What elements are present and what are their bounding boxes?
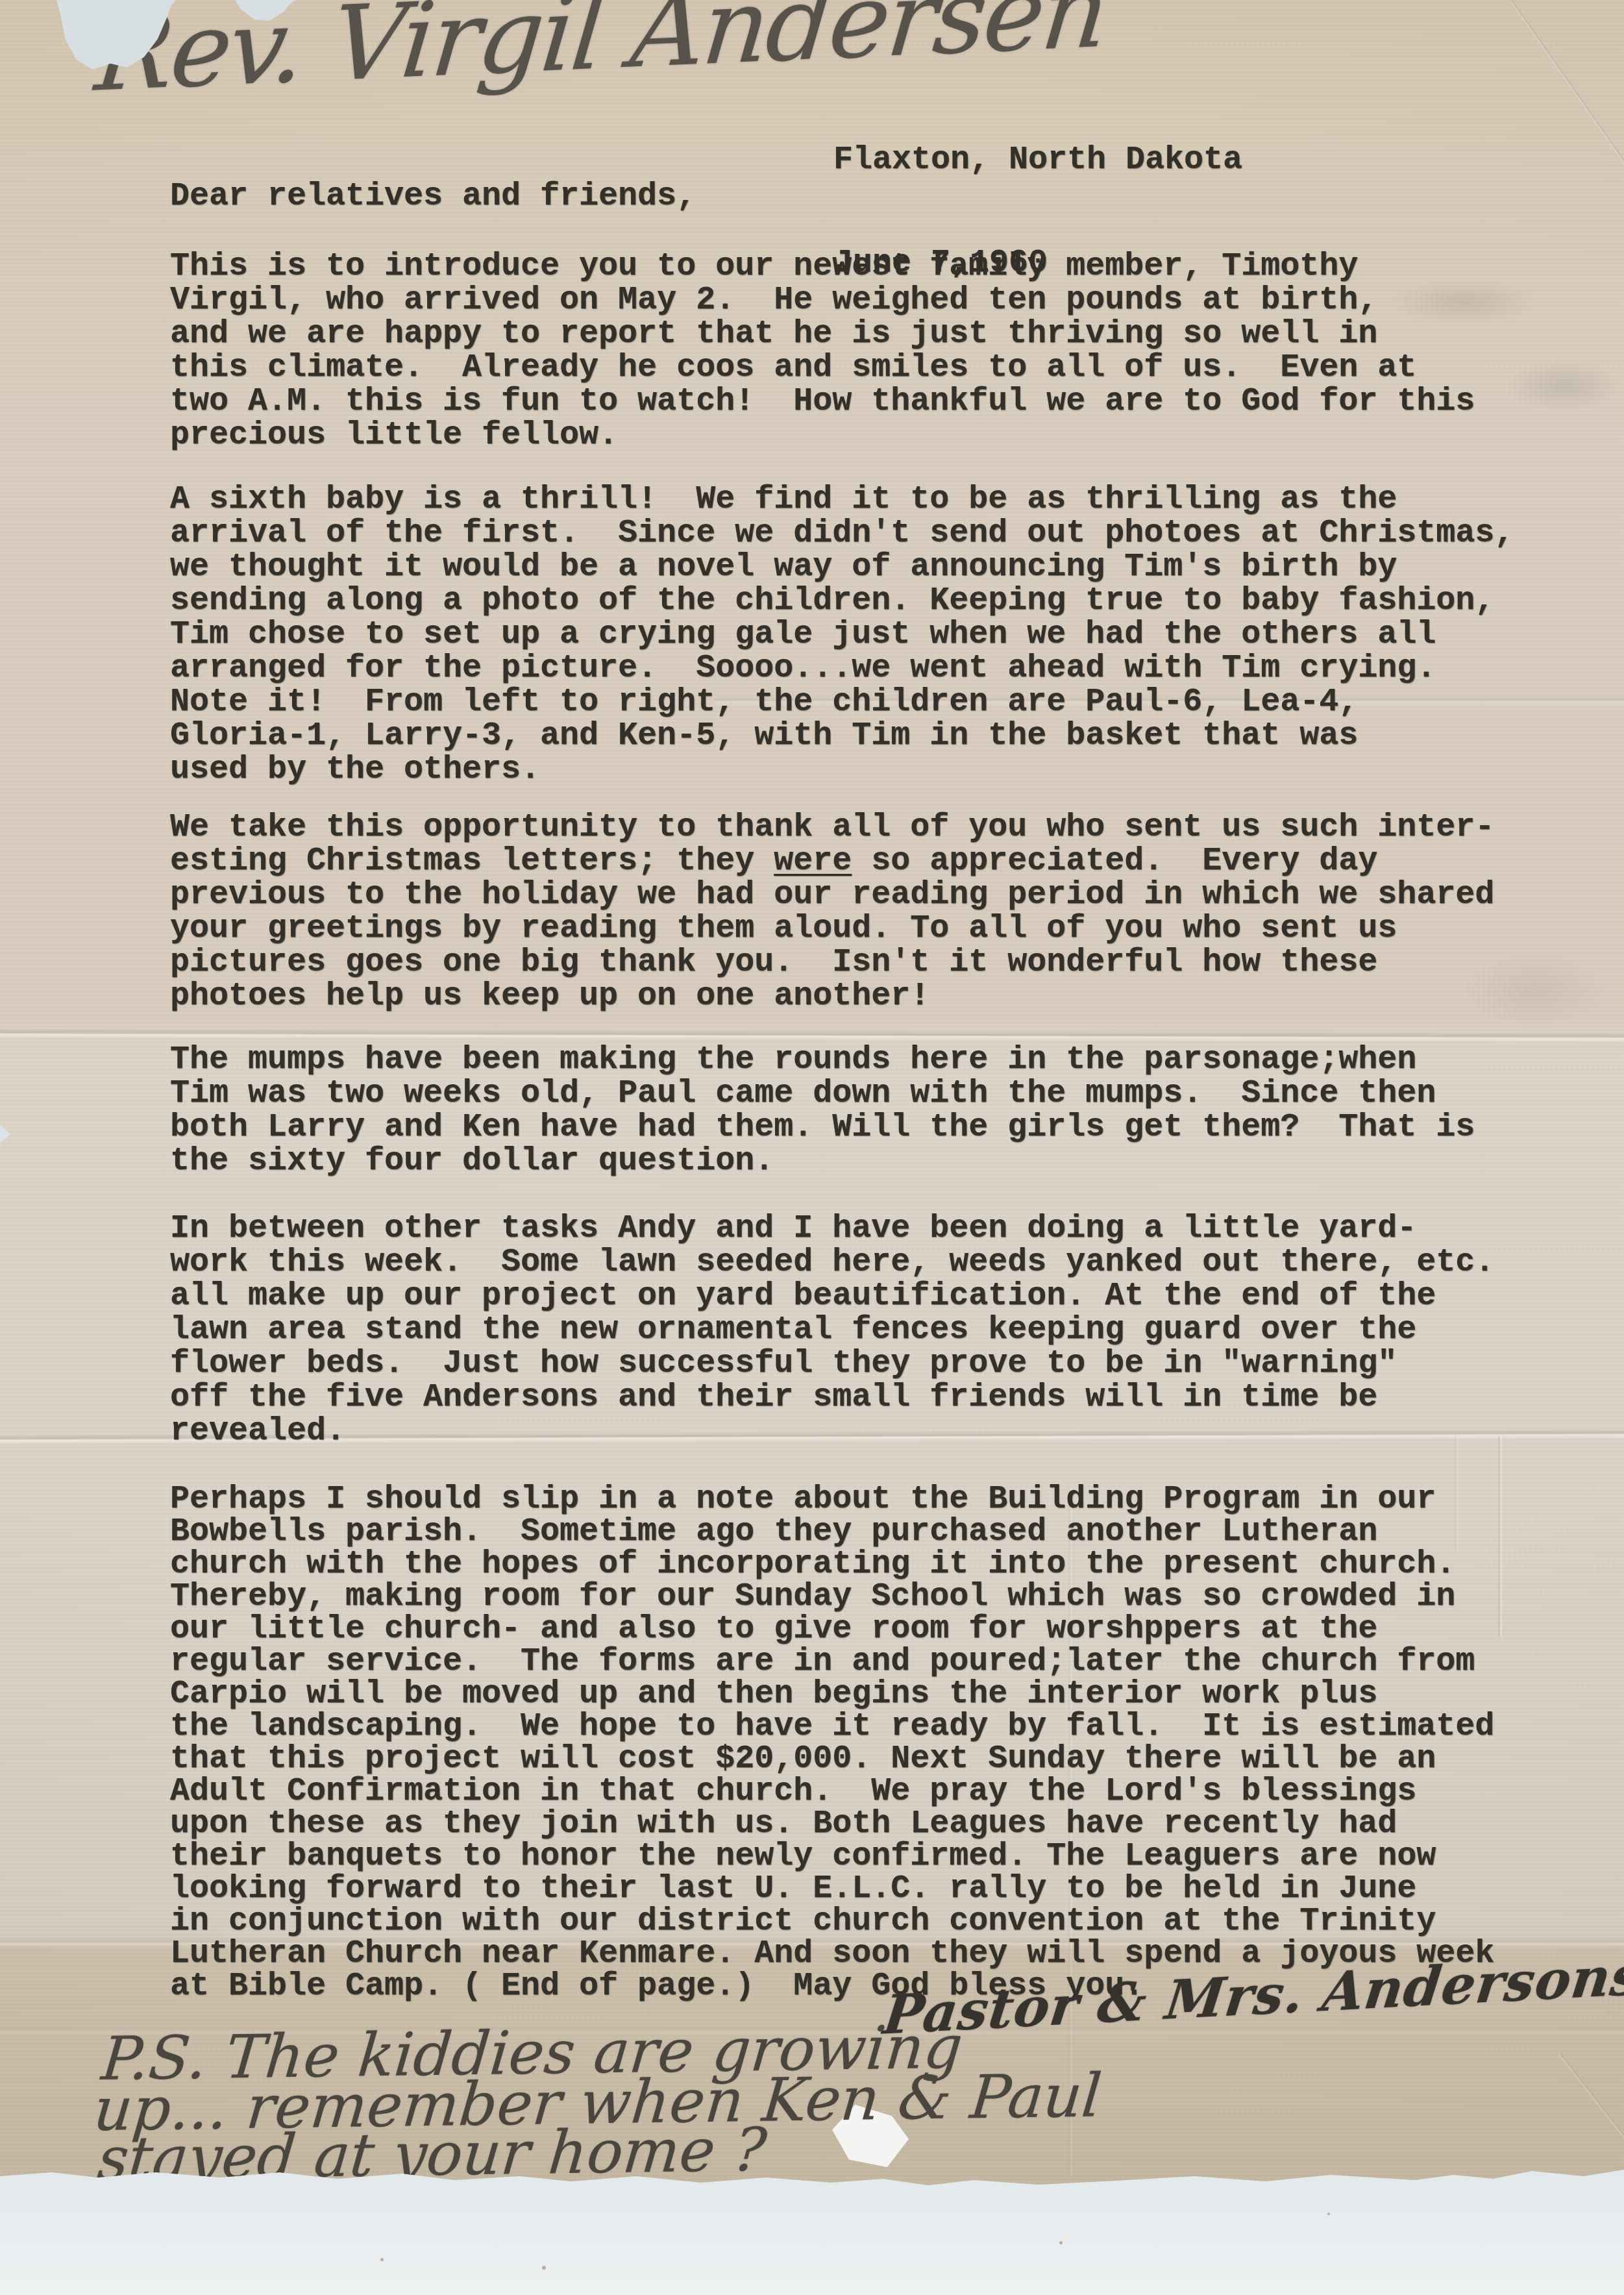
letter-line: regular service. The forms are in and po… (170, 1646, 1494, 1678)
letter-line: revealed. (170, 1415, 1494, 1448)
letter-paragraph: A sixth baby is a thrill! We find it to … (170, 483, 1514, 787)
letter-line: Thereby, making room for our Sunday Scho… (170, 1581, 1494, 1613)
letter-line: Tim was two weeks old, Paul came down wi… (170, 1077, 1475, 1111)
letter-line: all make up our project on yard beautifi… (170, 1280, 1494, 1313)
letter-paragraph: We take this opportunity to thank all of… (170, 811, 1494, 1013)
letter-line: lawn area stand the new ornamental fence… (170, 1313, 1494, 1347)
letter-line: their banquets to honor the newly confir… (170, 1841, 1494, 1873)
letter-line: work this week. Some lawn seeded here, w… (170, 1246, 1494, 1280)
letter-line: arranged for the picture. Soooo...we wen… (170, 652, 1514, 686)
dust-speck (1327, 2213, 1330, 2215)
letter-line: flower beds. Just how successful they pr… (170, 1347, 1494, 1381)
letter-line: pictures goes one big thank you. Isn't i… (170, 946, 1494, 980)
pencil-smudge (1506, 360, 1623, 412)
letter-paper: Rev. Virgil Andersen Flaxton, North Dako… (0, 0, 1624, 2187)
letter-line: looking forward to their last U. E.L.C. … (170, 1873, 1494, 1905)
letter-line: Adult Confirmation in that church. We pr… (170, 1776, 1494, 1808)
letter-place: Flaxton, North Dakota (833, 143, 1242, 177)
letter-line: we thought it would be a novel way of an… (170, 551, 1514, 584)
letter-line: Tim chose to set up a crying gale just w… (170, 618, 1514, 652)
paper-edge-nick (0, 1125, 10, 1143)
letter-line: In between other tasks Andy and I have b… (170, 1212, 1494, 1246)
postscript-line: stayed at your home ? (95, 2115, 769, 2194)
salutation: Dear relatives and friends, (170, 180, 696, 214)
letter-paragraph: The mumps have been making the rounds he… (170, 1043, 1475, 1178)
letter-line: this climate. Already he coos and smiles… (170, 351, 1475, 385)
letter-line: photoes help us keep up on one another! (170, 980, 1494, 1013)
letter-line: arrival of the first. Since we didn't se… (170, 517, 1514, 551)
letter-line: esting Christmas letters; they were so a… (170, 845, 1494, 878)
letter-line: both Larry and Ken have had them. Will t… (170, 1111, 1475, 1145)
dust-speck (380, 2258, 384, 2261)
dust-speck (1059, 2241, 1063, 2244)
letter-line: and we are happy to report that he is ju… (170, 317, 1475, 351)
letter-line: in conjunction with our district church … (170, 1905, 1494, 1938)
dust-speck (542, 2266, 546, 2270)
letter-line: used by the others. (170, 753, 1514, 787)
letter-line: Virgil, who arrived on May 2. He weighed… (170, 284, 1475, 317)
letter-paragraph: In between other tasks Andy and I have b… (170, 1212, 1494, 1448)
fold-crease (0, 1028, 1624, 1043)
fold-crease (1497, 1435, 1503, 1637)
letter-line: We take this opportunity to thank all of… (170, 811, 1494, 845)
letter-paragraph: This is to introduce you to our newest f… (170, 250, 1475, 453)
letter-line: previous to the holiday we had our readi… (170, 878, 1494, 912)
letter-line: Gloria-1, Larry-3, and Ken-5, with Tim i… (170, 719, 1514, 753)
letter-line: The mumps have been making the rounds he… (170, 1043, 1475, 1077)
letter-line: Perhaps I should slip in a note about th… (170, 1483, 1494, 1516)
letter-line: the sixty four dollar question. (170, 1145, 1475, 1178)
letter-paragraph: Perhaps I should slip in a note about th… (170, 1483, 1494, 2003)
letter-line: the landscaping. We hope to have it read… (170, 1711, 1494, 1743)
letter-line: that this project will cost $20,000. Nex… (170, 1743, 1494, 1776)
scanned-letter-page: Rev. Virgil Andersen Flaxton, North Dako… (0, 0, 1624, 2295)
letter-line: A sixth baby is a thrill! We find it to … (170, 483, 1514, 517)
letter-line: This is to introduce you to our newest f… (170, 250, 1475, 284)
letter-line: two A.M. this is fun to watch! How thank… (170, 385, 1475, 419)
corner-crease (1510, 0, 1624, 225)
letter-line: your greetings by reading them aloud. To… (170, 912, 1494, 946)
letter-line: upon these as they join with us. Both Le… (170, 1808, 1494, 1841)
letter-line: precious little fellow. (170, 419, 1475, 453)
letter-line: our little church- and also to give room… (170, 1613, 1494, 1646)
letter-line: Bowbells parish. Sometime ago they purch… (170, 1516, 1494, 1548)
letter-line: sending along a photo of the children. K… (170, 584, 1514, 618)
letter-line: church with the hopes of incorporating i… (170, 1548, 1494, 1581)
corner-crease (1558, 2053, 1624, 2180)
letter-line: Note it! From left to right, the childre… (170, 686, 1514, 719)
letter-line: off the five Andersons and their small f… (170, 1381, 1494, 1415)
letter-line: Carpio will be moved up and then begins … (170, 1678, 1494, 1711)
underlined-word: were (774, 843, 852, 880)
